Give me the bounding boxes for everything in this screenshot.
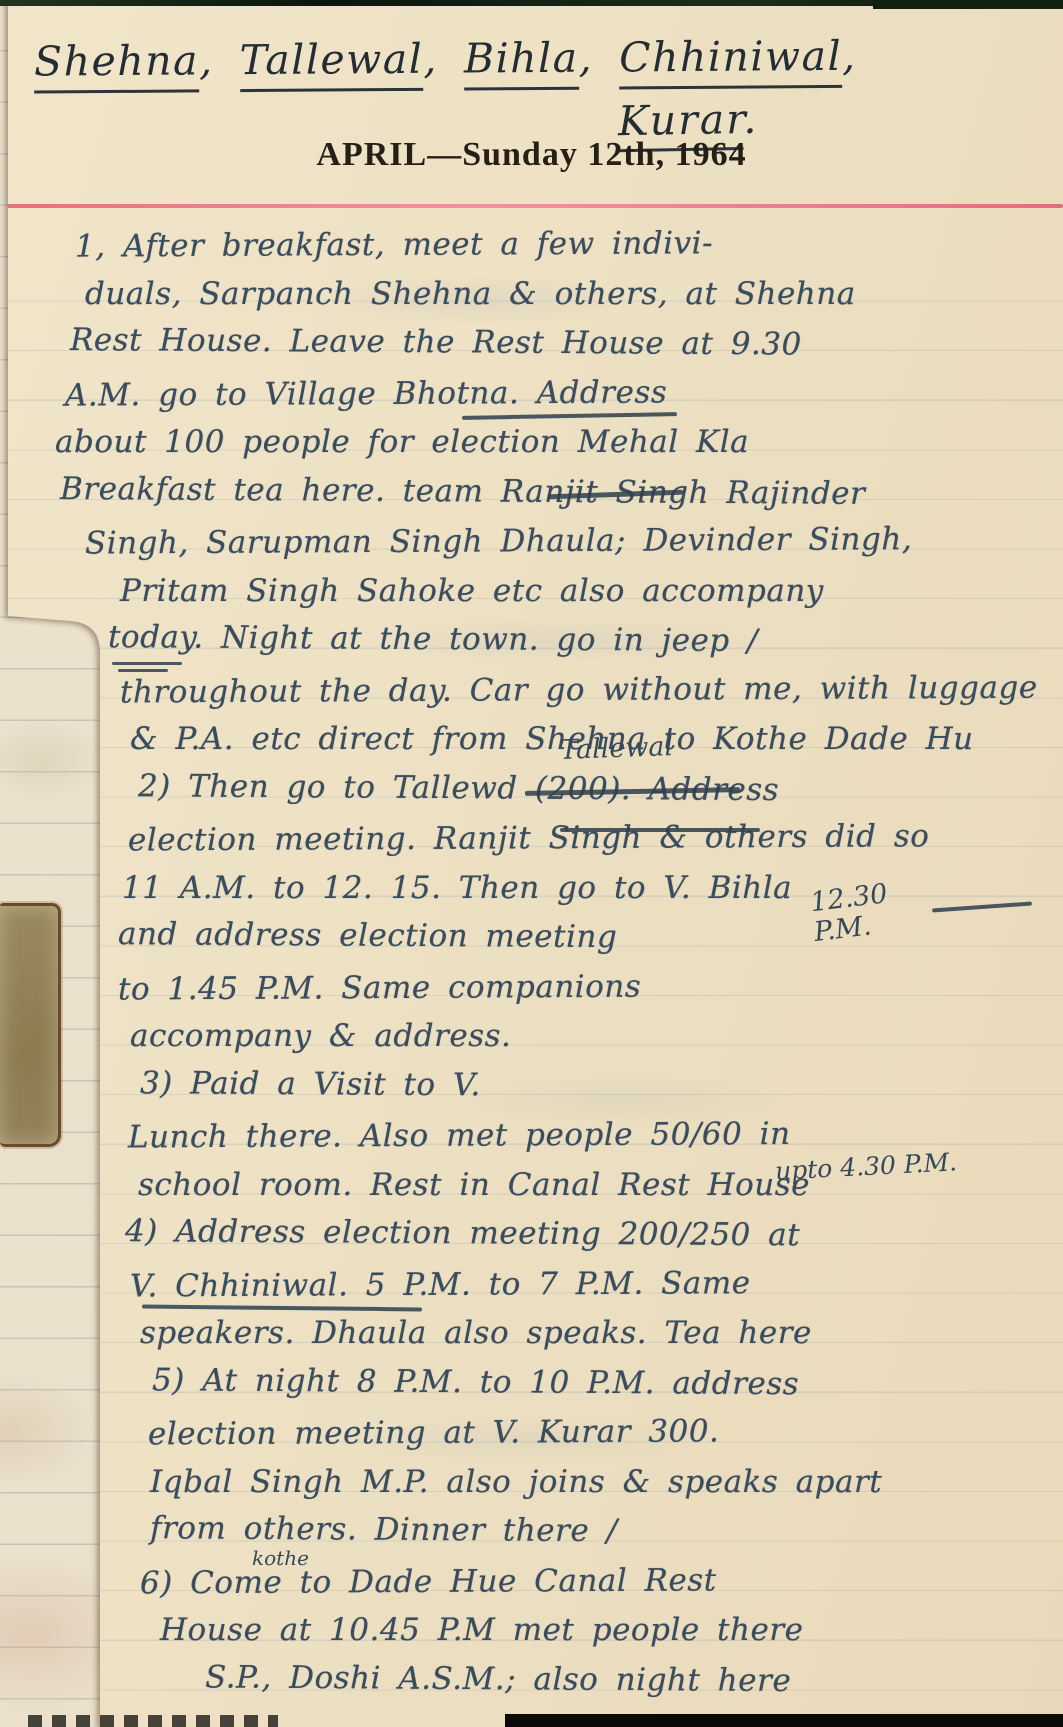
handwritten-line: duals, Sarpanch Shehna & others, at Sheh… xyxy=(85,272,1059,322)
handwritten-line: about 100 people for election Mehal Kla xyxy=(55,420,1059,470)
handwritten-line: Pritam Singh Sahoke etc also accompany xyxy=(120,569,1059,619)
place-separator: , xyxy=(842,32,857,80)
handwritten-line: election meeting. Ranjit Singh & others … xyxy=(128,814,1059,868)
handwritten-line: House at 10.45 P.M met people there xyxy=(160,1608,1059,1658)
printed-date: APRIL—Sunday 12th, 1964 xyxy=(0,136,1063,174)
next-page-print-remnant xyxy=(28,1715,278,1727)
place-name: Shehna, xyxy=(34,36,214,85)
insertion-kothe: kothe xyxy=(252,1546,309,1570)
handwritten-line: 11 A.M. to 12. 15. Then go to V. Bihla xyxy=(122,866,1059,916)
handwritten-line: to 1.45 P.M. Same companions xyxy=(118,962,1059,1016)
handwritten-line: today. Night at the town. go in jeep / xyxy=(108,615,1059,670)
handwritten-line: throughout the day. Car go without me, w… xyxy=(120,665,1059,719)
diary-page-wrap: Shehna, Tallewal, Bihla, Chhiniwal, Kura… xyxy=(0,0,1063,1727)
place-separator: , xyxy=(199,36,214,84)
handwritten-line: election meeting at V. Kurar 300. xyxy=(148,1408,1059,1462)
handwritten-line: 3) Paid a Visit to V. xyxy=(140,1061,1059,1116)
handwritten-line: Rest House. Leave the Rest House at 9.30 xyxy=(70,318,1059,374)
underline-mark-today-2 xyxy=(118,669,168,672)
handwritten-line: and address election meeting xyxy=(118,912,1059,967)
handwritten-line: accompany & address. xyxy=(130,1014,1059,1064)
diary-body: 1, After breakfast, meet a few indivi- d… xyxy=(0,222,1059,1707)
underline-mark-today xyxy=(112,662,182,665)
handwritten-line: S.P., Doshi A.S.M.; also night here xyxy=(205,1655,1059,1710)
place-name: Bihla, xyxy=(464,34,594,83)
handwritten-header-places: Shehna, Tallewal, Bihla, Chhiniwal, xyxy=(34,30,1049,85)
handwritten-line: 1, After breakfast, meet a few indivi- xyxy=(75,219,1059,274)
scan-bottom-edge xyxy=(505,1714,1063,1727)
handwritten-line: Iqbal Singh M.P. also joins & speaks apa… xyxy=(150,1460,1059,1510)
place-text: Shehna xyxy=(34,36,199,93)
diary-page: Shehna, Tallewal, Bihla, Chhiniwal, Kura… xyxy=(0,0,1063,1727)
insertion-tallewal: Tallewal xyxy=(559,731,673,766)
place-name: Tallewal, xyxy=(239,35,438,84)
handwritten-line: speakers. Dhaula also speaks. Tea here xyxy=(140,1311,1059,1361)
place-text: Tallewal xyxy=(239,35,423,92)
scan-top-right-edge xyxy=(873,0,1063,9)
place-separator: , xyxy=(423,35,438,83)
handwritten-line: 4) Address election meeting 200/250 at xyxy=(125,1209,1059,1264)
handwritten-line: Singh, Sarupman Singh Dhaula; Devinder S… xyxy=(85,516,1059,571)
place-name: Chhiniwal, xyxy=(619,32,857,82)
insertion-meeting-time: 12.30 P.M. xyxy=(809,876,920,948)
place-text: Chhiniwal xyxy=(619,32,842,90)
handwritten-line: 5) At night 8 P.M. to 10 P.M. address xyxy=(152,1358,1059,1413)
underline-mark-tallewal xyxy=(560,828,760,832)
place-text: Bihla xyxy=(464,34,579,91)
red-header-rule xyxy=(0,204,1063,208)
place-separator: , xyxy=(578,34,593,82)
